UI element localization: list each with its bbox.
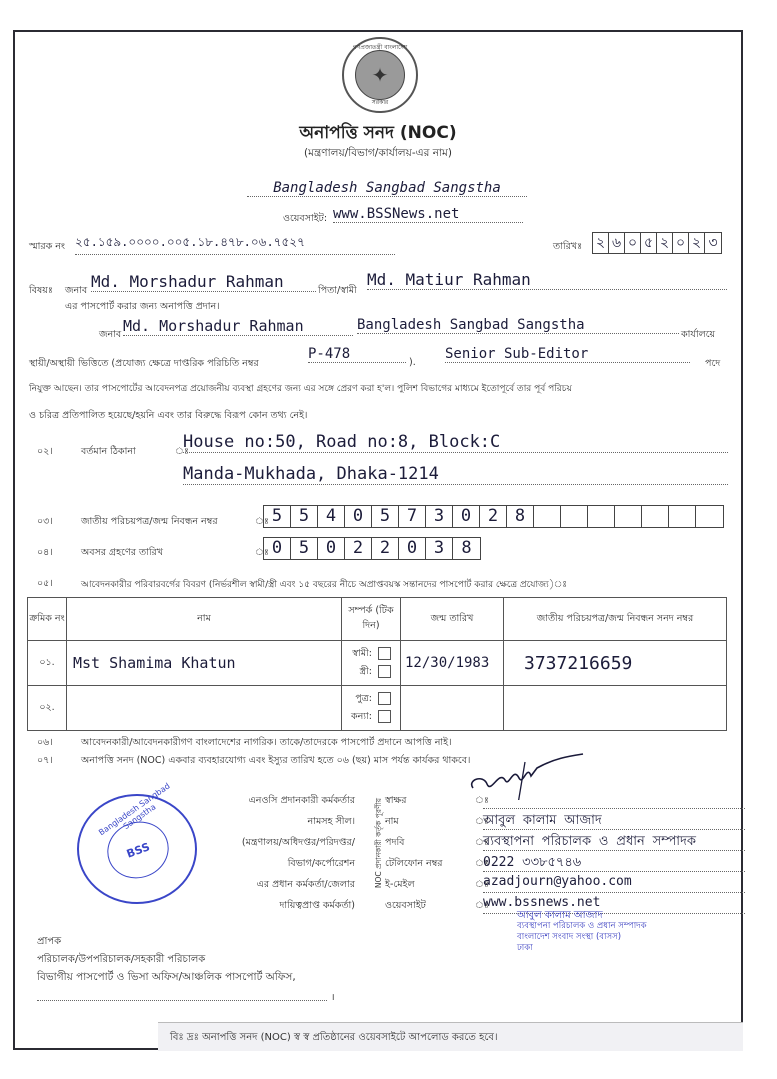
footer-bar: বিঃ দ্রঃ অনাপত্তি সনদ (NOC) স্ব স্ব প্রত… xyxy=(158,1022,743,1051)
row-serial: ০১. xyxy=(28,641,67,686)
row-serial: ০২. xyxy=(28,686,67,731)
name-stamp-line: আবুল কালাম আজাদ xyxy=(517,910,647,921)
officer-field-value: azadjourn@yahoo.com xyxy=(483,874,745,893)
nid-boxes: 5540573028 xyxy=(263,505,724,528)
website-value: www.BSSNews.net xyxy=(333,206,523,223)
noc-document: গণপ্রজাতন্ত্রী বাংলাদেশ ✦ সরকার অনাপত্তি… xyxy=(13,30,743,1050)
decl-6-number: ০৬। xyxy=(37,736,53,751)
subject-janab-label: জনাব xyxy=(65,284,87,299)
digit-box: 2 xyxy=(372,538,399,559)
row-relation: পুত্র: কন্যা: xyxy=(342,686,401,731)
father-label: পিতা/স্বামী xyxy=(318,284,357,299)
family-table: ক্রমিক নং নাম সম্পর্ক (টিক দিন) জন্ম তার… xyxy=(27,597,727,731)
row-dob: 12/30/1983 xyxy=(401,641,504,686)
name-stamp: আবুল কালাম আজাদব্যবস্থাপনা পরিচালক ও প্র… xyxy=(517,910,647,954)
relation-checkbox[interactable] xyxy=(378,665,391,678)
emblem-bottom-text: সরকার xyxy=(344,97,416,108)
officer-field-row: পদবিঃব্যবস্থাপনা পরিচালক ও প্রধান সম্পাদ… xyxy=(385,832,745,853)
nid-label: জাতীয় পরিচয়পত্র/জন্ম নিবন্ধন নম্বর xyxy=(81,515,218,530)
digit-box: ২ xyxy=(689,233,705,253)
digit-box xyxy=(534,506,561,527)
vertical-label: NOC প্রদানকারী কর্তৃক পূরণীয় xyxy=(367,772,381,922)
table-row: ০২. পুত্র: কন্যা: xyxy=(28,686,727,731)
retirement-label: অবসর গ্রহণের তারিখ xyxy=(81,546,163,561)
page-title: অনাপত্তি সনদ (NOC) xyxy=(15,120,741,148)
officer-field-value: ব্যবস্থাপনা পরিচালক ও প্রধান সম্পাদক xyxy=(483,832,745,851)
recipient-label: প্রাপক xyxy=(37,934,61,951)
caption-line: বিভাগ/কর্পোরেশন xyxy=(175,853,355,874)
retirement-number: ০৪। xyxy=(37,546,53,561)
relation-label: স্ত্রী: xyxy=(360,666,372,677)
relation-checkbox[interactable] xyxy=(378,692,391,705)
officer-field-value: আবুল কালাম আজাদ xyxy=(483,811,745,830)
paren-close: ). xyxy=(409,357,416,368)
digit-box: 8 xyxy=(453,538,480,559)
emblem-top-text: গণপ্রজাতন্ত্রী বাংলাদেশ xyxy=(344,42,416,53)
post-suffix: পদে xyxy=(705,357,720,372)
recipient-line-2: বিভাগীয় পাসপোর্ট ও ভিসা অফিস/আঞ্চলিক পা… xyxy=(37,970,296,987)
officer-field-label: পদবি xyxy=(385,836,404,851)
date-boxes: ২৬০৫২০২৩ xyxy=(592,232,722,254)
officer-field-row: ই-মেইলঃazadjourn@yahoo.com xyxy=(385,874,745,895)
address-number: ০২। xyxy=(37,445,53,460)
digit-box: 3 xyxy=(426,538,453,559)
row-dob xyxy=(401,686,504,731)
family-intro-text: আবেদনকারীর পরিবারবর্গের বিবরণ (নির্ভরশীল… xyxy=(81,577,567,592)
digit-box xyxy=(588,506,615,527)
digit-box xyxy=(615,506,642,527)
digit-box: 3 xyxy=(426,506,453,527)
digit-box: 2 xyxy=(345,538,372,559)
family-number: ০৫। xyxy=(37,577,53,592)
col-relation: সম্পর্ক (টিক দিন) xyxy=(342,598,401,641)
digit-box: 5 xyxy=(372,506,399,527)
name-stamp-line: ঢাকা xyxy=(517,943,647,954)
decl-7-text: অনাপত্তি সনদ (NOC) একবার ব্যবহারযোগ্য এব… xyxy=(81,754,470,769)
officer-field-label: স্বাক্ষর xyxy=(385,794,406,809)
footer-note: বিঃ দ্রঃ অনাপত্তি সনদ (NOC) স্ব স্ব প্রত… xyxy=(170,1030,498,1047)
subject-purpose: এর পাসপোর্ট করার জন্য অনাপত্তি প্রদান। xyxy=(65,300,220,315)
relation-label: কন্যা: xyxy=(351,711,372,722)
row-name xyxy=(67,686,342,731)
digit-box xyxy=(561,506,588,527)
name-stamp-line: বাংলাদেশ সংবাদ সংস্থা (বাসস) xyxy=(517,932,647,943)
relation-label: পুত্র: xyxy=(355,693,372,704)
col-dob: জন্ম তারিখ xyxy=(401,598,504,641)
caption-line: এনওসি প্রদানকারী কর্মকর্তার xyxy=(175,790,355,811)
digit-box: 8 xyxy=(507,506,534,527)
nid-number: ০৩। xyxy=(37,515,53,530)
digit-box: ২ xyxy=(657,233,673,253)
caption-line: দায়িত্বপ্রাপ্ত কর্মকর্তা) xyxy=(175,895,355,916)
address-label: বর্তমান ঠিকানা xyxy=(81,445,136,460)
relation-checkbox[interactable] xyxy=(378,647,391,660)
row-nid: 3737216659 xyxy=(504,641,727,686)
name-stamp-line: ব্যবস্থাপনা পরিচালক ও প্রধান সম্পাদক xyxy=(517,921,647,932)
digit-box: 5 xyxy=(264,506,291,527)
recipient-line-3 xyxy=(37,990,327,1001)
digit-box: 2 xyxy=(480,506,507,527)
retirement-boxes: 05022038 xyxy=(263,537,481,560)
digit-box xyxy=(669,506,696,527)
col-nid: জাতীয় পরিচয়পত্র/জন্ম নিবন্ধন সনদ নম্বর xyxy=(504,598,727,641)
applicant-name: Md. Morshadur Rahman xyxy=(91,272,316,292)
digit-box: 7 xyxy=(399,506,426,527)
body-janab-label: জনাব xyxy=(99,328,121,343)
officer-field-label: নাম xyxy=(385,815,399,830)
officer-field-label: ই-মেইল xyxy=(385,878,415,893)
officer-fields: স্বাক্ষরঃনামঃআবুল কালাম আজাদপদবিঃব্যবস্থ… xyxy=(385,790,745,916)
digit-box: ২ xyxy=(593,233,609,253)
officer-field-label: টেলিফোন নম্বর xyxy=(385,857,443,872)
officer-field-row: টেলিফোন নম্বরঃ0222 ৩৩৮৫৭৪৬ xyxy=(385,853,745,874)
row-name: Mst Shamima Khatun xyxy=(67,641,342,686)
subject-label: বিষয়ঃ xyxy=(29,284,53,299)
website-label: ওয়েবসাইট: xyxy=(283,212,327,227)
caption-line: (মন্ত্রণালয়/অধিদপ্তর/পরিদপ্তর/ xyxy=(175,832,355,853)
digit-box: 0 xyxy=(318,538,345,559)
officer-field-value xyxy=(483,790,745,809)
basis-text: স্থায়ী/অস্থায়ী ভিত্তিতে (প্রযোজ্য ক্ষে… xyxy=(29,357,259,372)
officer-caption: এনওসি প্রদানকারী কর্মকর্তারনামসহ সীল।(মন… xyxy=(175,790,355,916)
digit-box: 0 xyxy=(399,538,426,559)
digit-box: 4 xyxy=(318,506,345,527)
designation: Senior Sub-Editor xyxy=(445,346,690,363)
org-name: Bangladesh Sangbad Sangstha xyxy=(247,180,527,197)
recipient-line-1: পরিচালক/উপপরিচালক/সহকারী পরিচালক xyxy=(37,952,205,969)
table-row: ০১. Mst Shamima Khatun স্বামী: স্ত্রী: 1… xyxy=(28,641,727,686)
address-line-1: House no:50, Road no:8, Block:C xyxy=(183,432,728,453)
body-applicant-name: Md. Morshadur Rahman xyxy=(123,317,353,336)
digit-box: 0 xyxy=(453,506,480,527)
body-line-3: নিযুক্ত আছেন। তার পাসপোর্টের আবেদনপত্র প… xyxy=(29,381,572,396)
page-subtitle: (মন্ত্রণালয়/বিভাগ/কার্যালয়-এর নাম) xyxy=(15,146,741,163)
digit-box: 0 xyxy=(345,506,372,527)
digit-box: ৬ xyxy=(609,233,625,253)
body-office-name: Bangladesh Sangbad Sangstha xyxy=(357,317,679,334)
decl-6-text: আবেদনকারী/আবেদনকারীগণ বাংলাদেশের নাগরিক।… xyxy=(81,736,452,751)
map-icon: ✦ xyxy=(355,50,405,100)
digit-box xyxy=(642,506,669,527)
officer-field-label: ওয়েবসাইট xyxy=(385,899,426,914)
col-serial: ক্রমিক নং xyxy=(28,598,67,641)
digit-box: ০ xyxy=(625,233,641,253)
memo-label: স্মারক নং xyxy=(29,240,65,255)
digit-box: 0 xyxy=(264,538,291,559)
digit-box: 5 xyxy=(291,538,318,559)
government-emblem: গণপ্রজাতন্ত্রী বাংলাদেশ ✦ সরকার xyxy=(342,37,418,113)
row-relation: স্বামী: স্ত্রী: xyxy=(342,641,401,686)
body-line-4: ও চরিত্র প্রতিপালিত হয়েছে/হয়নি এবং তার… xyxy=(29,409,307,424)
office-id: P-478 xyxy=(308,346,406,363)
relation-checkbox[interactable] xyxy=(378,710,391,723)
office-suffix: কার্যালয়ে xyxy=(681,328,715,343)
officer-field-value: 0222 ৩৩৮৫৭৪৬ xyxy=(483,853,745,872)
digit-box: ৩ xyxy=(705,233,721,253)
relation-label: স্বামী: xyxy=(352,648,372,659)
digit-box: ০ xyxy=(673,233,689,253)
row-nid xyxy=(504,686,727,731)
digit-box: ৫ xyxy=(641,233,657,253)
date-label: তারিখঃ xyxy=(553,240,582,255)
officer-field-row: স্বাক্ষরঃ xyxy=(385,790,745,811)
digit-box xyxy=(696,506,723,527)
col-name: নাম xyxy=(67,598,342,641)
caption-line: নামসহ সীল। xyxy=(175,811,355,832)
decl-7-number: ০৭। xyxy=(37,754,53,769)
officer-field-row: নামঃআবুল কালাম আজাদ xyxy=(385,811,745,832)
digit-box: 5 xyxy=(291,506,318,527)
memo-number: ২৫.১৫৯.০০০০.০০৫.১৮.৪৭৮.০৬.৭৫২৭ xyxy=(75,234,395,255)
address-line-2: Manda-Mukhada, Dhaka-1214 xyxy=(183,464,728,485)
recipient-line-end: । xyxy=(331,990,335,1003)
father-name: Md. Matiur Rahman xyxy=(367,270,727,290)
caption-line: এর প্রধান কর্মকর্তা/জেলার xyxy=(175,874,355,895)
